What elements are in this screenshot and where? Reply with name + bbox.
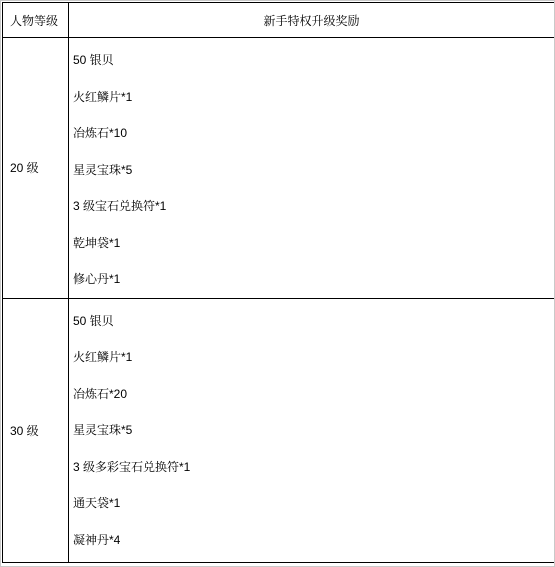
level-cell: 30 级 (3, 298, 69, 562)
reward-item: 星灵宝珠*5 (73, 152, 554, 189)
table-body: 20 级50 银贝火红鳞片*1冶炼石*10星灵宝珠*53 级宝石兑换符*1乾坤袋… (3, 38, 555, 563)
reward-item: 3 级宝石兑换符*1 (73, 188, 554, 225)
page: 人物等级 新手特权升级奖励 20 级50 银贝火红鳞片*1冶炼石*10星灵宝珠*… (0, 0, 555, 567)
reward-item: 乾坤袋*1 (73, 225, 554, 262)
table-row: 30 级50 银贝火红鳞片*1冶炼石*20星灵宝珠*53 级多彩宝石兑换符*1通… (3, 298, 555, 562)
rewards-cell: 50 银贝火红鳞片*1冶炼石*10星灵宝珠*53 级宝石兑换符*1乾坤袋*1修心… (69, 38, 555, 299)
reward-item: 凝神丹*4 (73, 522, 554, 559)
reward-item: 火红鳞片*1 (73, 79, 554, 116)
reward-item: 3 级多彩宝石兑换符*1 (73, 449, 554, 486)
reward-item: 星灵宝珠*5 (73, 412, 554, 449)
reward-item: 火红鳞片*1 (73, 339, 554, 376)
reward-item: 50 银贝 (73, 303, 554, 340)
rewards-cell: 50 银贝火红鳞片*1冶炼石*20星灵宝珠*53 级多彩宝石兑换符*1通天袋*1… (69, 298, 555, 562)
column-header-level: 人物等级 (3, 3, 69, 38)
reward-item: 冶炼石*20 (73, 376, 554, 413)
reward-item: 冶炼石*10 (73, 115, 554, 152)
reward-item: 通天袋*1 (73, 485, 554, 522)
level-cell: 20 级 (3, 38, 69, 299)
column-header-rewards: 新手特权升级奖励 (69, 3, 555, 38)
reward-item: 50 银贝 (73, 42, 554, 79)
rewards-table: 人物等级 新手特权升级奖励 20 级50 银贝火红鳞片*1冶炼石*10星灵宝珠*… (2, 2, 555, 563)
reward-item: 修心丹*1 (73, 261, 554, 298)
header-row: 人物等级 新手特权升级奖励 (3, 3, 555, 38)
table-row: 20 级50 银贝火红鳞片*1冶炼石*10星灵宝珠*53 级宝石兑换符*1乾坤袋… (3, 38, 555, 299)
